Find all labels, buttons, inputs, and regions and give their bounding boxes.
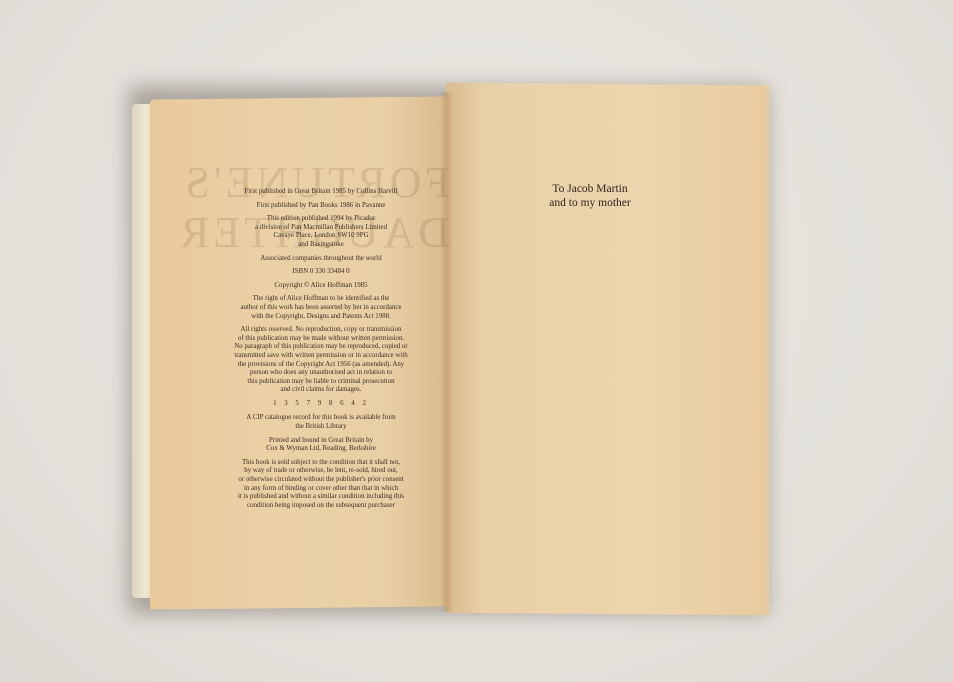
edition-info: This edition published 1994 by Picador a… [196,215,446,249]
open-book: FORTUNE'S DAUGHTER First published in Gr… [0,0,953,682]
copyright-imprint: First published in Great Britain 1985 by… [196,188,446,515]
right-page [446,83,769,615]
associated-companies: Associated companies throughout the worl… [196,255,446,264]
isbn: ISBN 0 330 33484 0 [196,268,446,277]
printer-info: Printed and bound in Great Britain by Co… [196,437,446,454]
copyright-line: Copyright © Alice Hoffman 1985 [196,282,446,291]
dedication: To Jacob Martin and to my mother [530,183,650,210]
sale-conditions: This book is sold subject to the conditi… [196,459,446,511]
rights-reserved: All rights reserved. No reproduction, co… [196,326,446,395]
printing-number-line: 1 3 5 7 9 8 6 4 2 [196,400,446,409]
first-published-pan: First published by Pan Books 1986 in Pav… [196,202,446,211]
cip-record: A CIP catalogue record for this book is … [196,414,446,431]
first-published-uk: First published in Great Britain 1985 by… [196,188,446,197]
moral-rights: The right of Alice Hoffman to be identif… [196,295,446,321]
